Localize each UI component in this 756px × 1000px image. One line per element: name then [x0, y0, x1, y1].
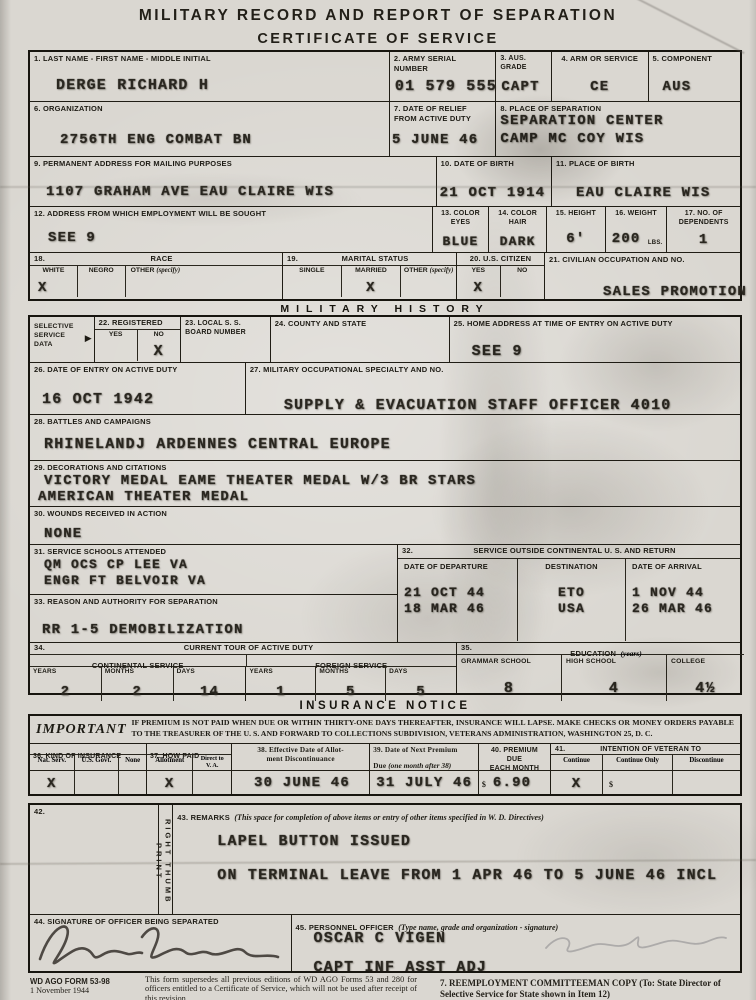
citizen-no-cell: NO	[501, 266, 545, 297]
field-33-label: 33. REASON AND AUTHORITY FOR SEPARATION	[34, 597, 393, 607]
field-1: 1. LAST NAME - FIRST NAME - MIDDLE INITI…	[30, 52, 390, 101]
selective-service-label: SELECTIVE SERVICE DATA	[34, 319, 90, 349]
registered-no-cell: NO X	[138, 330, 180, 361]
race-other-label: OTHER	[131, 267, 155, 274]
field-4-label: 4. ARM OR SERVICE	[556, 54, 643, 64]
field-37-header: 37. HOW PAID Allotment Direct to V. A.	[147, 744, 232, 770]
field-2: 2. ARMY SERIAL NUMBER 01 579 555	[390, 52, 496, 101]
field-41-values: X $	[551, 771, 740, 794]
field-18-race: 18. RACE WHITE X NEGRO OTHER (specify)	[30, 253, 283, 299]
field-32-number: 32.	[402, 546, 413, 557]
field-20-label: 20. U.S. CITIZEN	[470, 254, 532, 264]
field-14-label: 14. COLOR HAIR	[493, 209, 542, 227]
personnel-officer-grade: CAPT INF ASST ADJ	[314, 959, 487, 971]
race-negro-label: NEGRO	[78, 266, 125, 274]
arrival-column: DATE OF ARRIVAL 1 NOV 44 26 MAR 46	[626, 559, 740, 641]
departure-column: DATE OF DEPARTURE 21 OCT 44 18 MAR 46	[398, 559, 518, 641]
field-28: 28. BATTLES AND CAMPAIGNS RHINELANDJ ARD…	[30, 415, 740, 460]
registered-yes-label: YES	[95, 330, 137, 338]
departure-column-label: DATE OF DEPARTURE	[404, 562, 511, 572]
field-23-label: 23. LOCAL S. S. BOARD NUMBER	[185, 319, 266, 337]
personnel-officer-signature-faint	[540, 922, 730, 960]
remarks-line1: LAPEL BUTTON ISSUED	[217, 833, 411, 850]
field-31-value-line2: ENGR FT BELVOIR VA	[44, 573, 206, 588]
field-27-value: SUPPLY & EVACUATION STAFF OFFICER 4010	[284, 397, 672, 414]
citizen-no-label: NO	[501, 266, 545, 274]
high-school-cell: HIGH SCHOOL 4	[562, 655, 667, 701]
field-30-value: NONE	[44, 526, 82, 542]
continental-days-value: 14	[200, 684, 219, 700]
field-29-value-line2: AMERICAN THEATER MEDAL	[38, 489, 249, 505]
continue-header: Continue	[551, 755, 603, 770]
race-negro-cell: NEGRO	[78, 266, 126, 297]
field-27-label: 27. MILITARY OCCUPATIONAL SPECIALTY AND …	[250, 365, 736, 375]
continue-mark: X	[572, 776, 582, 792]
field-11: 11. PLACE OF BIRTH EAU CLAIRE WIS	[552, 157, 740, 206]
continental-years-value: 2	[61, 684, 71, 700]
field-21: 21. CIVILIAN OCCUPATION AND NO. SALES PR…	[545, 253, 740, 299]
field-38-label: 38. Effective Date of Allot- ment Discon…	[236, 746, 365, 765]
field-5-value: AUS	[663, 79, 692, 95]
military-history-section: SELECTIVE SERVICE DATA ▶ 22. REGISTERED …	[28, 315, 742, 695]
field-33-value: RR 1-5 DEMOBILIZATION	[42, 622, 244, 638]
field-26: 26. DATE OF ENTRY ON ACTIVE DUTY 16 OCT …	[30, 363, 246, 414]
scan-edge-shadow	[749, 0, 756, 1000]
field-8-value-line1: SEPARATION CENTER	[500, 113, 663, 129]
field-27: 27. MILITARY OCCUPATIONAL SPECIALTY AND …	[246, 363, 740, 414]
field-41-number: 41.	[555, 745, 565, 753]
field-7-value: 5 JUNE 46	[392, 132, 478, 148]
field-9-label: 9. PERMANENT ADDRESS FOR MAILING PURPOSE…	[34, 159, 432, 169]
field-19-title: MARITAL STATUS	[342, 254, 409, 264]
field-31: 31. SERVICE SCHOOLS ATTENDED QM OCS CP L…	[30, 545, 397, 595]
continental-months-value: 2	[132, 684, 142, 700]
field-39-label-paren: (one month after 38)	[388, 761, 451, 770]
foreign-days-value: 5	[416, 684, 426, 700]
field-31-label: 31. SERVICE SCHOOLS ATTENDED	[34, 547, 393, 557]
field-17-label: 17. NO. OF DEPENDENTS	[671, 209, 736, 227]
field-18-title: RACE	[150, 254, 172, 264]
field-25: 25. HOME ADDRESS AT TIME OF ENTRY ON ACT…	[450, 317, 740, 362]
continue-only-header: Continue Only	[603, 755, 673, 770]
field-7: 7. DATE OF RELIEF FROM ACTIVE DUTY 5 JUN…	[390, 102, 496, 156]
field-15: 15. HEIGHT 6'	[547, 207, 606, 252]
field-6-value: 2756TH ENG COMBAT BN	[60, 132, 252, 148]
nat-serv-mark-cell: X	[30, 771, 75, 794]
military-history-banner: MILITARY HISTORY	[28, 303, 742, 315]
college-value: 4½	[695, 680, 715, 697]
nat-serv-header: Nat. Serv.	[30, 755, 75, 770]
registered-no-label: NO	[138, 330, 180, 338]
field-12: 12. ADDRESS FROM WHICH EMPLOYMENT WILL B…	[30, 207, 433, 252]
field-38-header: 38. Effective Date of Allot- ment Discon…	[232, 744, 370, 770]
field-6-label: 6. ORGANIZATION	[34, 104, 385, 114]
field-33: 33. REASON AND AUTHORITY FOR SEPARATION …	[30, 595, 397, 641]
field-26-label: 26. DATE OF ENTRY ON ACTIVE DUTY	[34, 365, 241, 375]
none-header: None	[119, 755, 146, 770]
race-other-cell: OTHER (specify)	[126, 266, 282, 297]
dollar-sign-printed: $	[482, 780, 486, 789]
field-7-label: 7. DATE OF RELIEF FROM ACTIVE DUTY	[394, 104, 491, 124]
field-4: 4. ARM OR SERVICE CE	[552, 52, 648, 101]
allotment-mark-cell: X	[147, 771, 193, 794]
scanned-separation-certificate: MILITARY RECORD AND REPORT OF SEPARATION…	[0, 0, 756, 1000]
foreign-years-value: 1	[276, 684, 286, 700]
field-1-label: 1. LAST NAME - FIRST NAME - MIDDLE INITI…	[34, 54, 385, 64]
field-26-value: 16 OCT 1942	[42, 391, 154, 408]
field-21-label: 21. CIVILIAN OCCUPATION AND NO.	[549, 255, 736, 265]
field-41-header: 41. INTENTION OF VETERAN TO Continue Con…	[551, 744, 740, 770]
field-34-current-tour: 34. CURRENT TOUR OF ACTIVE DUTY CONTINEN…	[30, 643, 457, 693]
field-34-title: CURRENT TOUR OF ACTIVE DUTY	[184, 643, 314, 654]
field-16-value: 200	[612, 231, 641, 247]
insurance-section: IMPORTANT IF PREMIUM IS NOT PAID WHEN DU…	[28, 714, 742, 796]
form-number: WD AGO FORM 53-98	[30, 977, 140, 986]
field-38-value: 30 JUNE 46	[254, 775, 350, 791]
field-39-value-cell: 31 JULY 46	[370, 771, 479, 794]
field-5: 5. COMPONENT AUS	[649, 52, 741, 101]
field-40-header: 40. PREMIUM DUE EACH MONTH	[479, 744, 551, 770]
departure-value-1: 21 OCT 44	[404, 585, 485, 600]
field-3: 3. AUS. GRADE CAPT	[496, 52, 552, 101]
field-15-label: 15. HEIGHT	[551, 209, 601, 218]
destination-value-1: ETO	[558, 585, 585, 600]
field-14-value: DARK	[500, 234, 536, 249]
form-date: 1 November 1944	[30, 986, 140, 995]
field-40-value: 6.90	[493, 775, 531, 791]
continue-only-dollar-sign: $	[609, 780, 613, 789]
document-subtitle: CERTIFICATE OF SERVICE	[0, 31, 756, 47]
field-12-value: SEE 9	[48, 230, 96, 246]
field-22-label: 22. REGISTERED	[99, 318, 163, 328]
field-11-value: EAU CLAIRE WIS	[576, 185, 710, 201]
field-32-title: SERVICE OUTSIDE CONTINENTAL U. S. AND RE…	[473, 546, 675, 557]
field-32: 32. SERVICE OUTSIDE CONTINENTAL U. S. AN…	[398, 545, 740, 642]
destination-value-2: USA	[558, 601, 585, 616]
form-number-block: WD AGO FORM 53-98 1 November 1944	[30, 977, 140, 995]
copy-designation: 7. REEMPLOYMENT COMMITTEEMAN COPY (To: S…	[440, 978, 742, 999]
citizen-yes-label: YES	[457, 266, 500, 274]
field-17-value: 1	[699, 232, 709, 248]
college-cell: COLLEGE 4½	[667, 655, 744, 701]
departure-value-2: 18 MAR 46	[404, 601, 485, 616]
field-13-label: 13. COLOR EYES	[437, 209, 485, 227]
field-10: 10. DATE OF BIRTH 21 OCT 1914	[437, 157, 552, 206]
field-14: 14. COLOR HAIR DARK	[489, 207, 547, 252]
grammar-school-value: 8	[504, 680, 514, 697]
field-4-value: CE	[590, 79, 609, 95]
field-23: 23. LOCAL S. S. BOARD NUMBER	[181, 317, 271, 362]
nat-serv-mark: X	[47, 776, 57, 792]
important-text: IF PREMIUM IS NOT PAID WHEN DUE OR WITHI…	[131, 718, 734, 739]
field-28-value: RHINELANDJ ARDENNES CENTRAL EUROPE	[44, 436, 391, 453]
arrival-value-2: 26 MAR 46	[632, 601, 713, 616]
arrival-column-label: DATE OF ARRIVAL	[632, 562, 734, 572]
field-17: 17. NO. OF DEPENDENTS 1	[667, 207, 740, 252]
field-9: 9. PERMANENT ADDRESS FOR MAILING PURPOSE…	[30, 157, 437, 206]
field-40-label: 40. PREMIUM DUE EACH MONTH	[483, 746, 546, 773]
continental-months-cell: MONTHS 2	[102, 667, 174, 701]
field-6: 6. ORGANIZATION 2756TH ENG COMBAT BN	[30, 102, 390, 156]
destination-column: DESTINATION ETO USA	[518, 559, 626, 641]
marital-married-label: MARRIED	[342, 266, 401, 274]
supersede-note: This form supersedes all previous editio…	[145, 975, 417, 1000]
personnel-officer-name: OSCAR C VIGEN	[314, 930, 447, 947]
field-22-registered: 22. REGISTERED YES NO X	[95, 317, 182, 362]
marital-single-label: SINGLE	[283, 266, 341, 274]
identification-section: 1. LAST NAME - FIRST NAME - MIDDLE INITI…	[28, 50, 742, 301]
race-white-label: WHITE	[30, 266, 77, 274]
field-2-label: 2. ARMY SERIAL NUMBER	[394, 54, 491, 74]
field-24-label: 24. COUNTY AND STATE	[275, 319, 445, 329]
discontinue-header: Discontinue	[673, 755, 740, 770]
selective-service-data-cell: SELECTIVE SERVICE DATA ▶	[30, 317, 95, 362]
field-35-number: 35.	[461, 643, 472, 654]
field-25-value: SEE 9	[472, 343, 523, 360]
continental-years-cell: YEARS 2	[30, 667, 102, 701]
marital-married-mark: X	[366, 280, 376, 296]
field-39-label-line1: 39. Date of Next Premium	[373, 746, 475, 755]
continental-days-cell: DAYS 14	[174, 667, 247, 701]
field-42: 42.	[30, 805, 159, 914]
grammar-school-cell: GRAMMAR SCHOOL 8	[457, 655, 562, 701]
race-other-specify-label: (specify)	[156, 267, 180, 274]
field-2-value: 01 579 555	[395, 78, 497, 95]
important-word-cell: IMPORTANT	[30, 716, 129, 743]
continue-only-cell: $	[603, 771, 673, 794]
field-30: 30. WOUNDS RECEIVED IN ACTION NONE	[30, 507, 740, 544]
field-43-label: 43. REMARKS	[177, 813, 230, 822]
foreign-months-cell: MONTHS 5	[316, 667, 386, 701]
foreign-years-cell: YEARS 1	[246, 667, 316, 701]
field-36-header: 36. KIND OF INSURANCE Nat. Serv. U.S. Go…	[30, 744, 147, 770]
insurance-notice-banner: INSURANCE NOTICE	[28, 700, 742, 712]
marital-other-specify-label: (specify)	[430, 267, 454, 274]
field-36-values: X	[30, 771, 147, 794]
destination-column-label: DESTINATION	[522, 562, 621, 572]
foreign-days-cell: DAYS 5	[386, 667, 456, 701]
marital-other-label: OTHER	[404, 267, 428, 274]
field-29-label: 29. DECORATIONS AND CITATIONS	[34, 463, 736, 473]
field-24: 24. COUNTY AND STATE	[271, 317, 450, 362]
field-28-label: 28. BATTLES AND CAMPAIGNS	[34, 417, 736, 427]
field-21-value: SALES PROMOTION	[603, 284, 747, 300]
field-39-header: 39. Date of Next Premium Due (one month …	[370, 744, 479, 770]
important-word: IMPORTANT	[36, 722, 127, 737]
scan-edge-shadow	[0, 0, 11, 1000]
field-43-label-paren: (This space for completion of above item…	[234, 813, 543, 822]
field-3-value: CAPT	[501, 79, 539, 95]
field-11-label: 11. PLACE OF BIRTH	[556, 159, 736, 169]
field-16: 16. WEIGHT 200 LBS.	[606, 207, 668, 252]
field-39-value: 31 JULY 46	[376, 775, 472, 791]
race-white-cell: WHITE X	[30, 266, 78, 297]
high-school-value: 4	[609, 680, 619, 697]
field-10-label: 10. DATE OF BIRTH	[441, 159, 547, 169]
field-40-value-cell: $ 6.90	[479, 771, 551, 794]
field-31-value-line1: QM OCS CP LEE VA	[44, 557, 188, 572]
race-white-mark: X	[38, 280, 48, 296]
marital-married-cell: MARRIED X	[342, 266, 402, 297]
field-16-unit-label: LBS.	[648, 240, 662, 248]
field-19-number: 19.	[287, 254, 298, 264]
field-29-value-line1: VICTORY MEDAL EAME THEATER MEDAL W/3 BR …	[44, 473, 476, 489]
direct-va-header: Direct to V. A.	[193, 755, 231, 770]
citizen-yes-cell: YES X	[457, 266, 501, 297]
field-16-label: 16. WEIGHT	[610, 209, 663, 218]
field-19-marital-status: 19. MARITAL STATUS SINGLE MARRIED X OTHE…	[283, 253, 457, 299]
field-13-value: BLUE	[442, 234, 478, 249]
field-38-value-cell: 30 JUNE 46	[232, 771, 370, 794]
field-42-label: 42.	[34, 807, 154, 817]
continental-service-header: CONTINENTAL SERVICE	[30, 655, 247, 667]
separated-officer-signature	[30, 913, 282, 975]
field-18-number: 18.	[34, 254, 45, 264]
field-8: 8. PLACE OF SEPARATION SEPARATION CENTER…	[496, 102, 740, 156]
field-41-title: INTENTION OF VETERAN TO	[600, 745, 701, 753]
foreign-service-header: FOREIGN SERVICE	[247, 655, 457, 667]
fields-31-33-column: 31. SERVICE SCHOOLS ATTENDED QM OCS CP L…	[30, 545, 398, 642]
registered-yes-cell: YES	[95, 330, 138, 361]
document-title: MILITARY RECORD AND REPORT OF SEPARATION	[0, 7, 756, 25]
continue-mark-cell: X	[551, 771, 603, 794]
field-9-value: 1107 GRAHAM AVE EAU CLAIRE WIS	[46, 184, 334, 200]
remarks-line2: ON TERMINAL LEAVE FROM 1 APR 46 TO 5 JUN…	[217, 867, 717, 884]
field-37-values: X	[147, 771, 232, 794]
field-1-value: DERGE RICHARD H	[56, 77, 209, 94]
field-30-label: 30. WOUNDS RECEIVED IN ACTION	[34, 509, 736, 519]
allotment-header: Allotment	[147, 755, 193, 770]
field-3-label: 3. AUS. GRADE	[500, 54, 547, 72]
field-8-value-line2: CAMP MC COY WIS	[500, 131, 644, 147]
field-34-number: 34.	[34, 643, 45, 654]
important-text-cell: IF PREMIUM IS NOT PAID WHEN DUE OR WITHI…	[129, 716, 740, 743]
arrow-right-icon: ▶	[85, 333, 92, 344]
us-govt-header: U.S. Govt.	[75, 755, 120, 770]
registered-no-mark: X	[154, 343, 164, 360]
foreign-months-value: 5	[346, 684, 356, 700]
field-13: 13. COLOR EYES BLUE	[433, 207, 490, 252]
field-20-citizen: 20. U.S. CITIZEN YES X NO	[457, 253, 545, 299]
field-29: 29. DECORATIONS AND CITATIONS VICTORY ME…	[30, 461, 740, 506]
field-25-label: 25. HOME ADDRESS AT TIME OF ENTRY ON ACT…	[454, 319, 736, 329]
citizen-yes-mark: X	[473, 280, 483, 296]
field-12-label: 12. ADDRESS FROM WHICH EMPLOYMENT WILL B…	[34, 209, 428, 219]
field-43-remarks: 43. REMARKS (This space for completion o…	[173, 805, 740, 914]
arrival-value-1: 1 NOV 44	[632, 585, 704, 600]
field-35-education: 35. EDUCATION (years) GRAMMAR SCHOOL 8 H…	[457, 643, 744, 693]
field-5-label: 5. COMPONENT	[653, 54, 737, 64]
field-15-value: 6'	[566, 231, 585, 247]
marital-single-cell: SINGLE	[283, 266, 342, 297]
marital-other-cell: OTHER (specify)	[401, 266, 456, 297]
right-thumb-print-strip: RIGHT THUMB PRINT	[159, 805, 173, 914]
field-10-value: 21 OCT 1914	[440, 185, 546, 201]
field-39-label-line2: Due	[373, 762, 388, 770]
allotment-mark: X	[165, 776, 175, 792]
